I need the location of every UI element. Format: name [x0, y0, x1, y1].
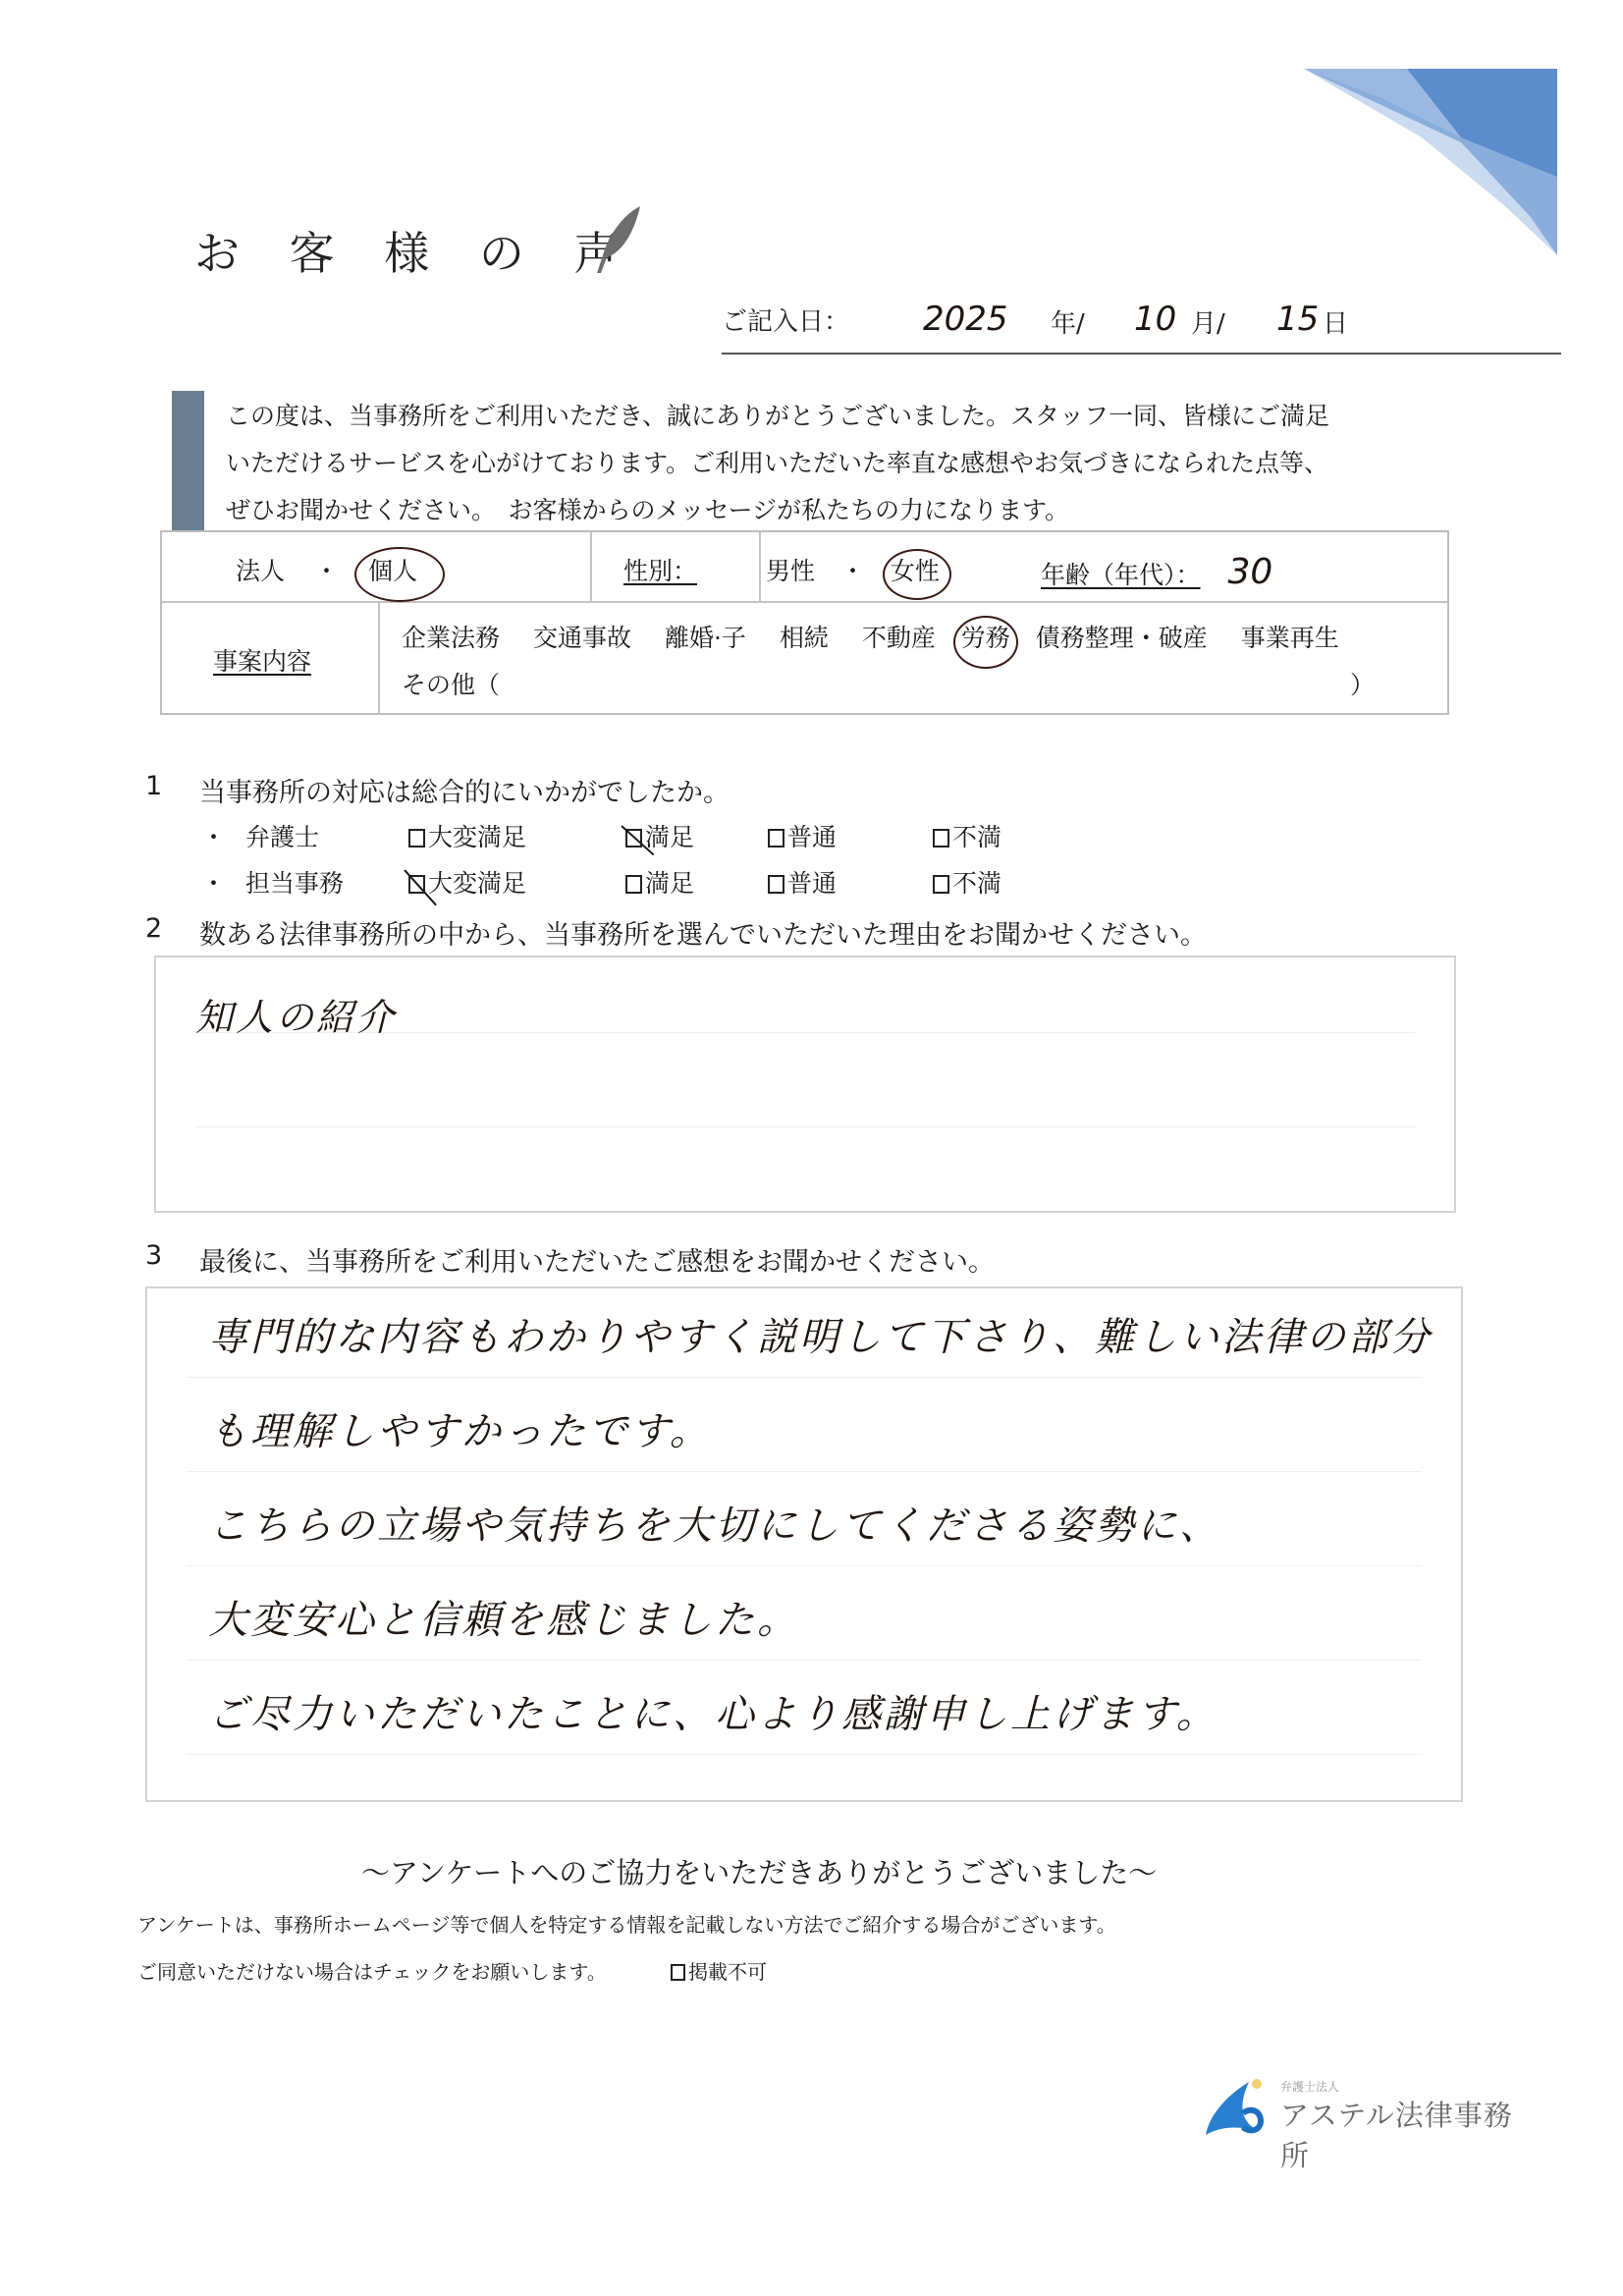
gender-field: 性別： 男性 ・ 女性 — [623, 552, 1016, 587]
q1-row-label: 担当事務 — [245, 864, 344, 900]
age-label: 年齢（年代）： — [1041, 561, 1201, 589]
checkbox[interactable] — [408, 829, 425, 847]
date-label: ご記入日： — [722, 301, 849, 338]
date-month-value[interactable]: 10 — [1134, 300, 1176, 339]
option-label: 不満 — [952, 869, 1001, 898]
no-publish-label: 掲載不可 — [688, 1960, 767, 1984]
selection-circle — [953, 616, 1018, 669]
firm-logo: 弁護士法人 アステル法律事務所 — [1200, 2074, 1534, 2145]
option-label: 大変満足 — [428, 869, 526, 898]
gender-label: 性別： — [623, 557, 697, 585]
table-divider — [378, 601, 380, 713]
option-satisfied[interactable]: 満足 — [625, 864, 694, 900]
q1-row-label: 弁護士 — [245, 818, 319, 853]
q3-number: 3 — [145, 1240, 162, 1271]
option-label: 普通 — [787, 823, 837, 851]
checkbox-checked[interactable] — [625, 829, 642, 847]
q3-answer-box[interactable]: 専門的な内容もわかりやすく説明して下さり、難しい法律の部分 も理解しやすかったで… — [145, 1286, 1463, 1802]
consent-notice: ご同意いただけない場合はチェックをお願いします。 — [137, 1956, 607, 1985]
bullet: ・ — [201, 818, 226, 853]
table-divider — [162, 601, 1447, 603]
selection-circle — [354, 547, 445, 602]
checkbox-checked[interactable] — [408, 875, 425, 894]
option-normal[interactable]: 普通 — [768, 864, 837, 900]
q1-row-staff: ・ 担当事務 大変満足 満足 普通 不満 — [0, 864, 1623, 903]
feather-icon — [595, 204, 644, 275]
age-value[interactable]: 30 — [1227, 552, 1272, 592]
answer-guide-line — [195, 1126, 1415, 1127]
case-label: 事案内容 — [213, 642, 311, 678]
case-other-close: ） — [1350, 666, 1375, 701]
client-type-corporate[interactable]: 法人 — [236, 557, 285, 585]
q1-row-lawyer: ・ 弁護士 大変満足 満足 普通 不満 — [0, 818, 1623, 857]
option-unsatisfied[interactable]: 不満 — [933, 864, 1001, 900]
q2-question: 数ある法律事務所の中から、当事務所を選んでいただいた理由をお聞かせください。 — [199, 913, 1207, 952]
separator: ・ — [840, 557, 865, 585]
option-very-satisfied[interactable]: 大変満足 — [408, 864, 526, 900]
case-other-input[interactable] — [466, 666, 1154, 695]
checkbox[interactable] — [933, 829, 949, 847]
checkbox[interactable] — [768, 875, 784, 894]
date-year-value[interactable]: 2025 — [923, 300, 1008, 339]
case-type-corporate[interactable]: 企業法務 — [402, 624, 500, 652]
date-year-unit: 年/ — [1051, 303, 1085, 340]
firm-logo-name: アステル法律事務所 — [1280, 2094, 1534, 2174]
q3-answer-line: ご尽力いただいたことに、心より感謝申し上げます。 — [208, 1683, 1218, 1739]
corner-decoration — [1304, 69, 1557, 255]
answer-guide-line — [187, 1471, 1422, 1472]
case-type-business-revival[interactable]: 事業再生 — [1241, 624, 1339, 652]
bullet: ・ — [201, 864, 226, 900]
checkbox[interactable] — [933, 875, 949, 894]
date-day-value[interactable]: 15 — [1276, 300, 1319, 339]
intro-accent-bar — [172, 391, 204, 530]
intro-line: この度は、当事務所をご利用いただき、誠にありがとうございました。スタッフ一同、皆… — [226, 393, 1502, 440]
case-type-debt[interactable]: 債務整理・破産 — [1036, 624, 1208, 652]
no-publish-checkbox[interactable] — [671, 1964, 685, 1981]
client-info-table: 法人 ・ 個人 性別： 男性 ・ 女性 年齢（年代）： 30 事案内容 企業法務… — [160, 530, 1449, 715]
age-field: 年齢（年代）： 30 — [1041, 552, 1272, 592]
option-label: 大変満足 — [428, 823, 526, 851]
q3-answer-line: も理解しやすかったです。 — [208, 1400, 712, 1456]
answer-guide-line — [187, 1754, 1422, 1755]
page-title: お 客 様 の 声 — [194, 218, 637, 283]
firm-logo-icon — [1200, 2074, 1269, 2145]
date-month-unit: 月/ — [1191, 303, 1225, 340]
case-type-divorce[interactable]: 離婚·子 — [665, 624, 746, 652]
answer-guide-line — [187, 1377, 1422, 1378]
date-underline — [722, 353, 1561, 355]
separator: ・ — [314, 557, 339, 585]
q2-answer-box[interactable]: 知人の紹介 — [154, 956, 1456, 1213]
option-label: 普通 — [787, 869, 837, 898]
entry-date-row: ご記入日： 2025 年/ 10 月/ 15 日 — [722, 300, 1561, 355]
answer-guide-line — [187, 1565, 1422, 1566]
publication-notice: アンケートは、事務所ホームページ等で個人を特定する情報を記載しない方法でご紹介す… — [137, 1909, 1116, 1938]
intro-line: ぜひお聞かせください。 お客様からのメッセージが私たちの力になります。 — [226, 487, 1502, 534]
case-type-inheritance[interactable]: 相続 — [780, 624, 829, 652]
q3-answer-line: 大変安心と信頼を感じました。 — [208, 1589, 799, 1645]
case-types: 企業法務 交通事故 離婚·子 相続 不動産 労務 債務整理・破産 事業再生 — [402, 619, 1442, 654]
intro-line: いただけるサービスを心がけております。ご利用いただいた率直な感想やお気づきになら… — [226, 440, 1502, 487]
q3-answer-line: こちらの立場や気持ちを大切にしてくださる姿勢に、 — [208, 1495, 1221, 1551]
date-day-unit: 日 — [1323, 303, 1348, 340]
q1-question: 当事務所の対応は総合的にいかがでしたか。 — [199, 771, 730, 809]
q3-question: 最後に、当事務所をご利用いただいたご感想をお聞かせください。 — [199, 1240, 995, 1279]
q2-answer-text: 知人の紹介 — [195, 987, 397, 1041]
client-type-field: 法人 ・ 個人 — [236, 552, 417, 587]
option-normal[interactable]: 普通 — [768, 818, 837, 853]
option-satisfied[interactable]: 満足 — [625, 818, 694, 853]
thank-you-message: ～アンケートへのご協力をいただきありがとうございました～ — [361, 1851, 1157, 1891]
case-type-traffic[interactable]: 交通事故 — [533, 624, 631, 652]
checkbox[interactable] — [768, 829, 784, 847]
option-label: 満足 — [645, 869, 694, 898]
client-type-individual[interactable]: 個人 — [368, 557, 417, 585]
option-very-satisfied[interactable]: 大変満足 — [408, 818, 526, 853]
table-divider — [590, 532, 592, 601]
intro-message: この度は、当事務所をご利用いただき、誠にありがとうございました。スタッフ一同、皆… — [226, 393, 1502, 534]
option-unsatisfied[interactable]: 不満 — [933, 818, 1001, 853]
selection-circle — [883, 549, 951, 600]
firm-logo-subtext: 弁護士法人 — [1280, 2078, 1339, 2095]
case-type-labor[interactable]: 労務 — [961, 624, 1018, 652]
gender-female[interactable]: 女性 — [891, 557, 940, 585]
q1-number: 1 — [145, 771, 162, 801]
checkbox[interactable] — [625, 875, 642, 894]
gender-male[interactable]: 男性 — [766, 557, 815, 585]
q3-answer-line: 専門的な内容もわかりやすく説明して下さり、難しい法律の部分 — [208, 1306, 1433, 1362]
case-type-real-estate[interactable]: 不動産 — [862, 624, 936, 652]
no-publish-option[interactable]: 掲載不可 — [671, 1956, 767, 1985]
option-label: 満足 — [645, 823, 694, 851]
option-label: 不満 — [952, 823, 1001, 851]
q2-number: 2 — [145, 913, 162, 944]
answer-guide-line — [187, 1660, 1422, 1661]
